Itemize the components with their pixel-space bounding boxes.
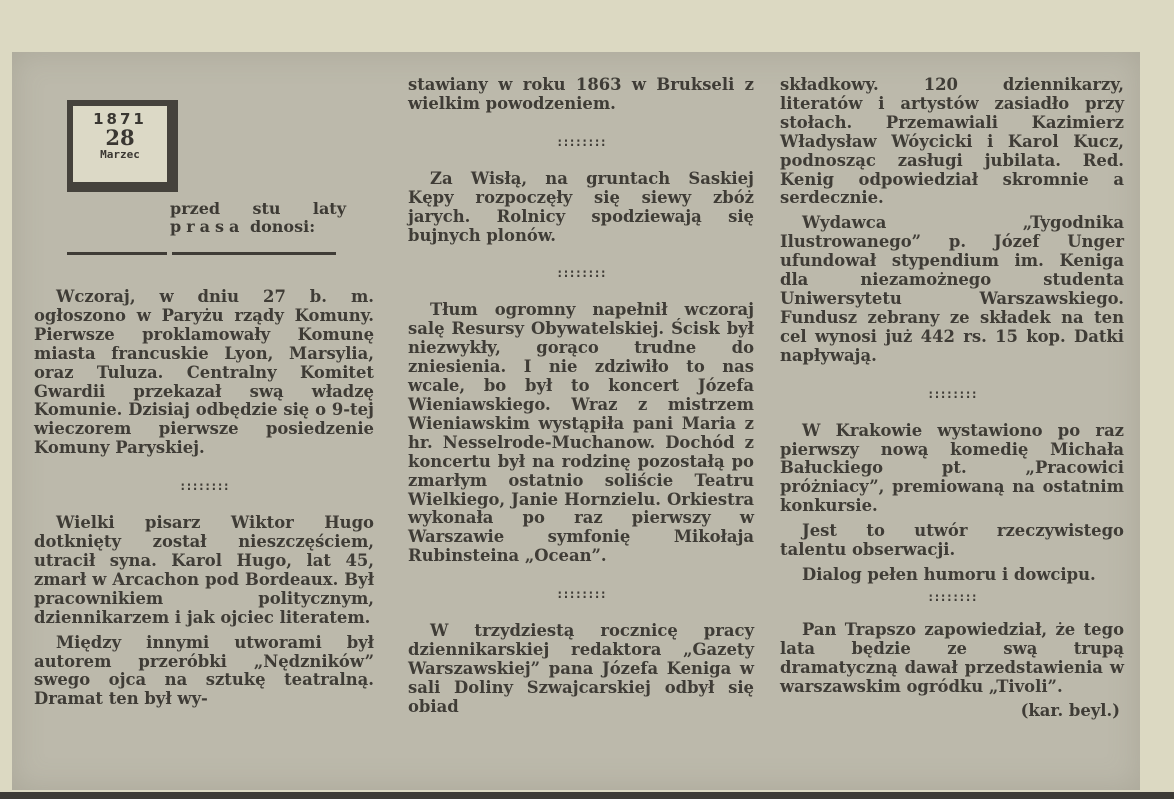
heading-word: przed	[170, 200, 220, 218]
separator	[780, 388, 1124, 400]
separator	[408, 588, 754, 600]
paragraph: Pan Trapszo zapowiedział, że tego lata b…	[780, 621, 1124, 697]
heading-rule	[67, 252, 167, 255]
date-month: Marzec	[73, 148, 167, 161]
paragraph: Za Wisłą, na gruntach Saskiej Kępy rozpo…	[408, 170, 754, 246]
heading-word: laty	[313, 200, 346, 218]
heading-line-1: przed stu laty	[170, 200, 346, 218]
paragraph: Między innymi utworami był autorem przer…	[34, 634, 374, 710]
separator	[780, 591, 1124, 603]
paragraph: składkowy. 120 dziennikarzy, literatów i…	[780, 76, 1124, 208]
paragraph: Jest to utwór rzeczywistego talentu obse…	[780, 522, 1124, 560]
paragraph: Tłum ogromny napełnił wczoraj salę Resur…	[408, 301, 754, 566]
paragraph: W trzydziestą rocznicę pracy dziennikars…	[408, 622, 754, 717]
article-column-2: stawiany w roku 1863 w Brukseli z wielki…	[408, 76, 754, 717]
paragraph: Dialog pełen humoru i dowcipu.	[780, 566, 1124, 585]
heading-word: prasa	[170, 217, 244, 236]
newspaper-clipping: 1871 28 Marzec przed stu laty prasa dono…	[12, 52, 1140, 790]
column-heading: przed stu laty prasa donosi:	[170, 200, 346, 236]
heading-line-2: prasa donosi:	[170, 218, 346, 236]
article-column-1: Wczoraj, w dniu 27 b. m. ogłoszono w Par…	[34, 288, 374, 709]
paragraph: W Krakowie wystawiono po raz pierwszy no…	[780, 422, 1124, 517]
heading-word: stu	[252, 200, 280, 218]
author-signature: (kar. beyl.)	[780, 702, 1124, 721]
article-column-3: składkowy. 120 dziennikarzy, literatów i…	[780, 76, 1124, 721]
paragraph: Wydawca „Tygodnika Ilustrowanego” p. Józ…	[780, 214, 1124, 365]
separator	[408, 267, 754, 279]
scan-bottom-edge	[0, 792, 1174, 799]
paragraph: stawiany w roku 1863 w Brukseli z wielki…	[408, 76, 754, 114]
paragraph: Wielki pisarz Wiktor Hugo dotknięty zost…	[34, 514, 374, 627]
separator	[408, 136, 754, 148]
paragraph: Wczoraj, w dniu 27 b. m. ogłoszono w Par…	[34, 288, 374, 458]
date-box: 1871 28 Marzec	[67, 100, 178, 192]
heading-rule	[172, 252, 336, 255]
separator	[34, 480, 374, 492]
heading-word: donosi:	[250, 217, 315, 236]
date-day: 28	[73, 127, 167, 148]
